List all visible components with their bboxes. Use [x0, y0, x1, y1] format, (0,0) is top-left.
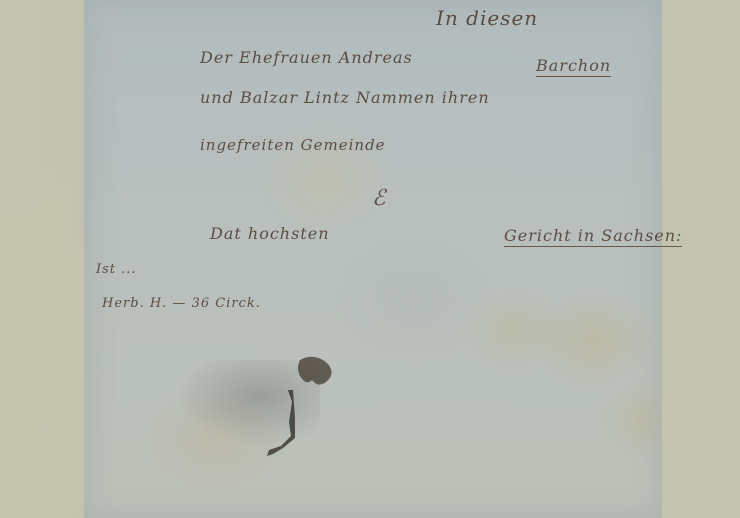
- flourish-mark: ℰ: [372, 186, 386, 211]
- marginal-note-1: Ist ...: [96, 262, 137, 277]
- text-line-1: Der Ehefrauen Andreas: [200, 48, 413, 67]
- ink-blot-icon: [240, 350, 340, 460]
- marginal-note-2: Herb. H. — 36 Circk.: [102, 296, 261, 311]
- text-line-1-name: Barchon: [536, 56, 611, 77]
- document-heading: In diesen: [436, 6, 538, 30]
- text-line-4: Gericht in Sachsen:: [504, 226, 682, 247]
- text-line-2: und Balzar Lintz Nammen ihren: [200, 88, 490, 107]
- text-line-3: ingefreiten Gemeinde: [200, 136, 386, 154]
- text-line-4-prefix: Dat hochsten: [210, 224, 330, 243]
